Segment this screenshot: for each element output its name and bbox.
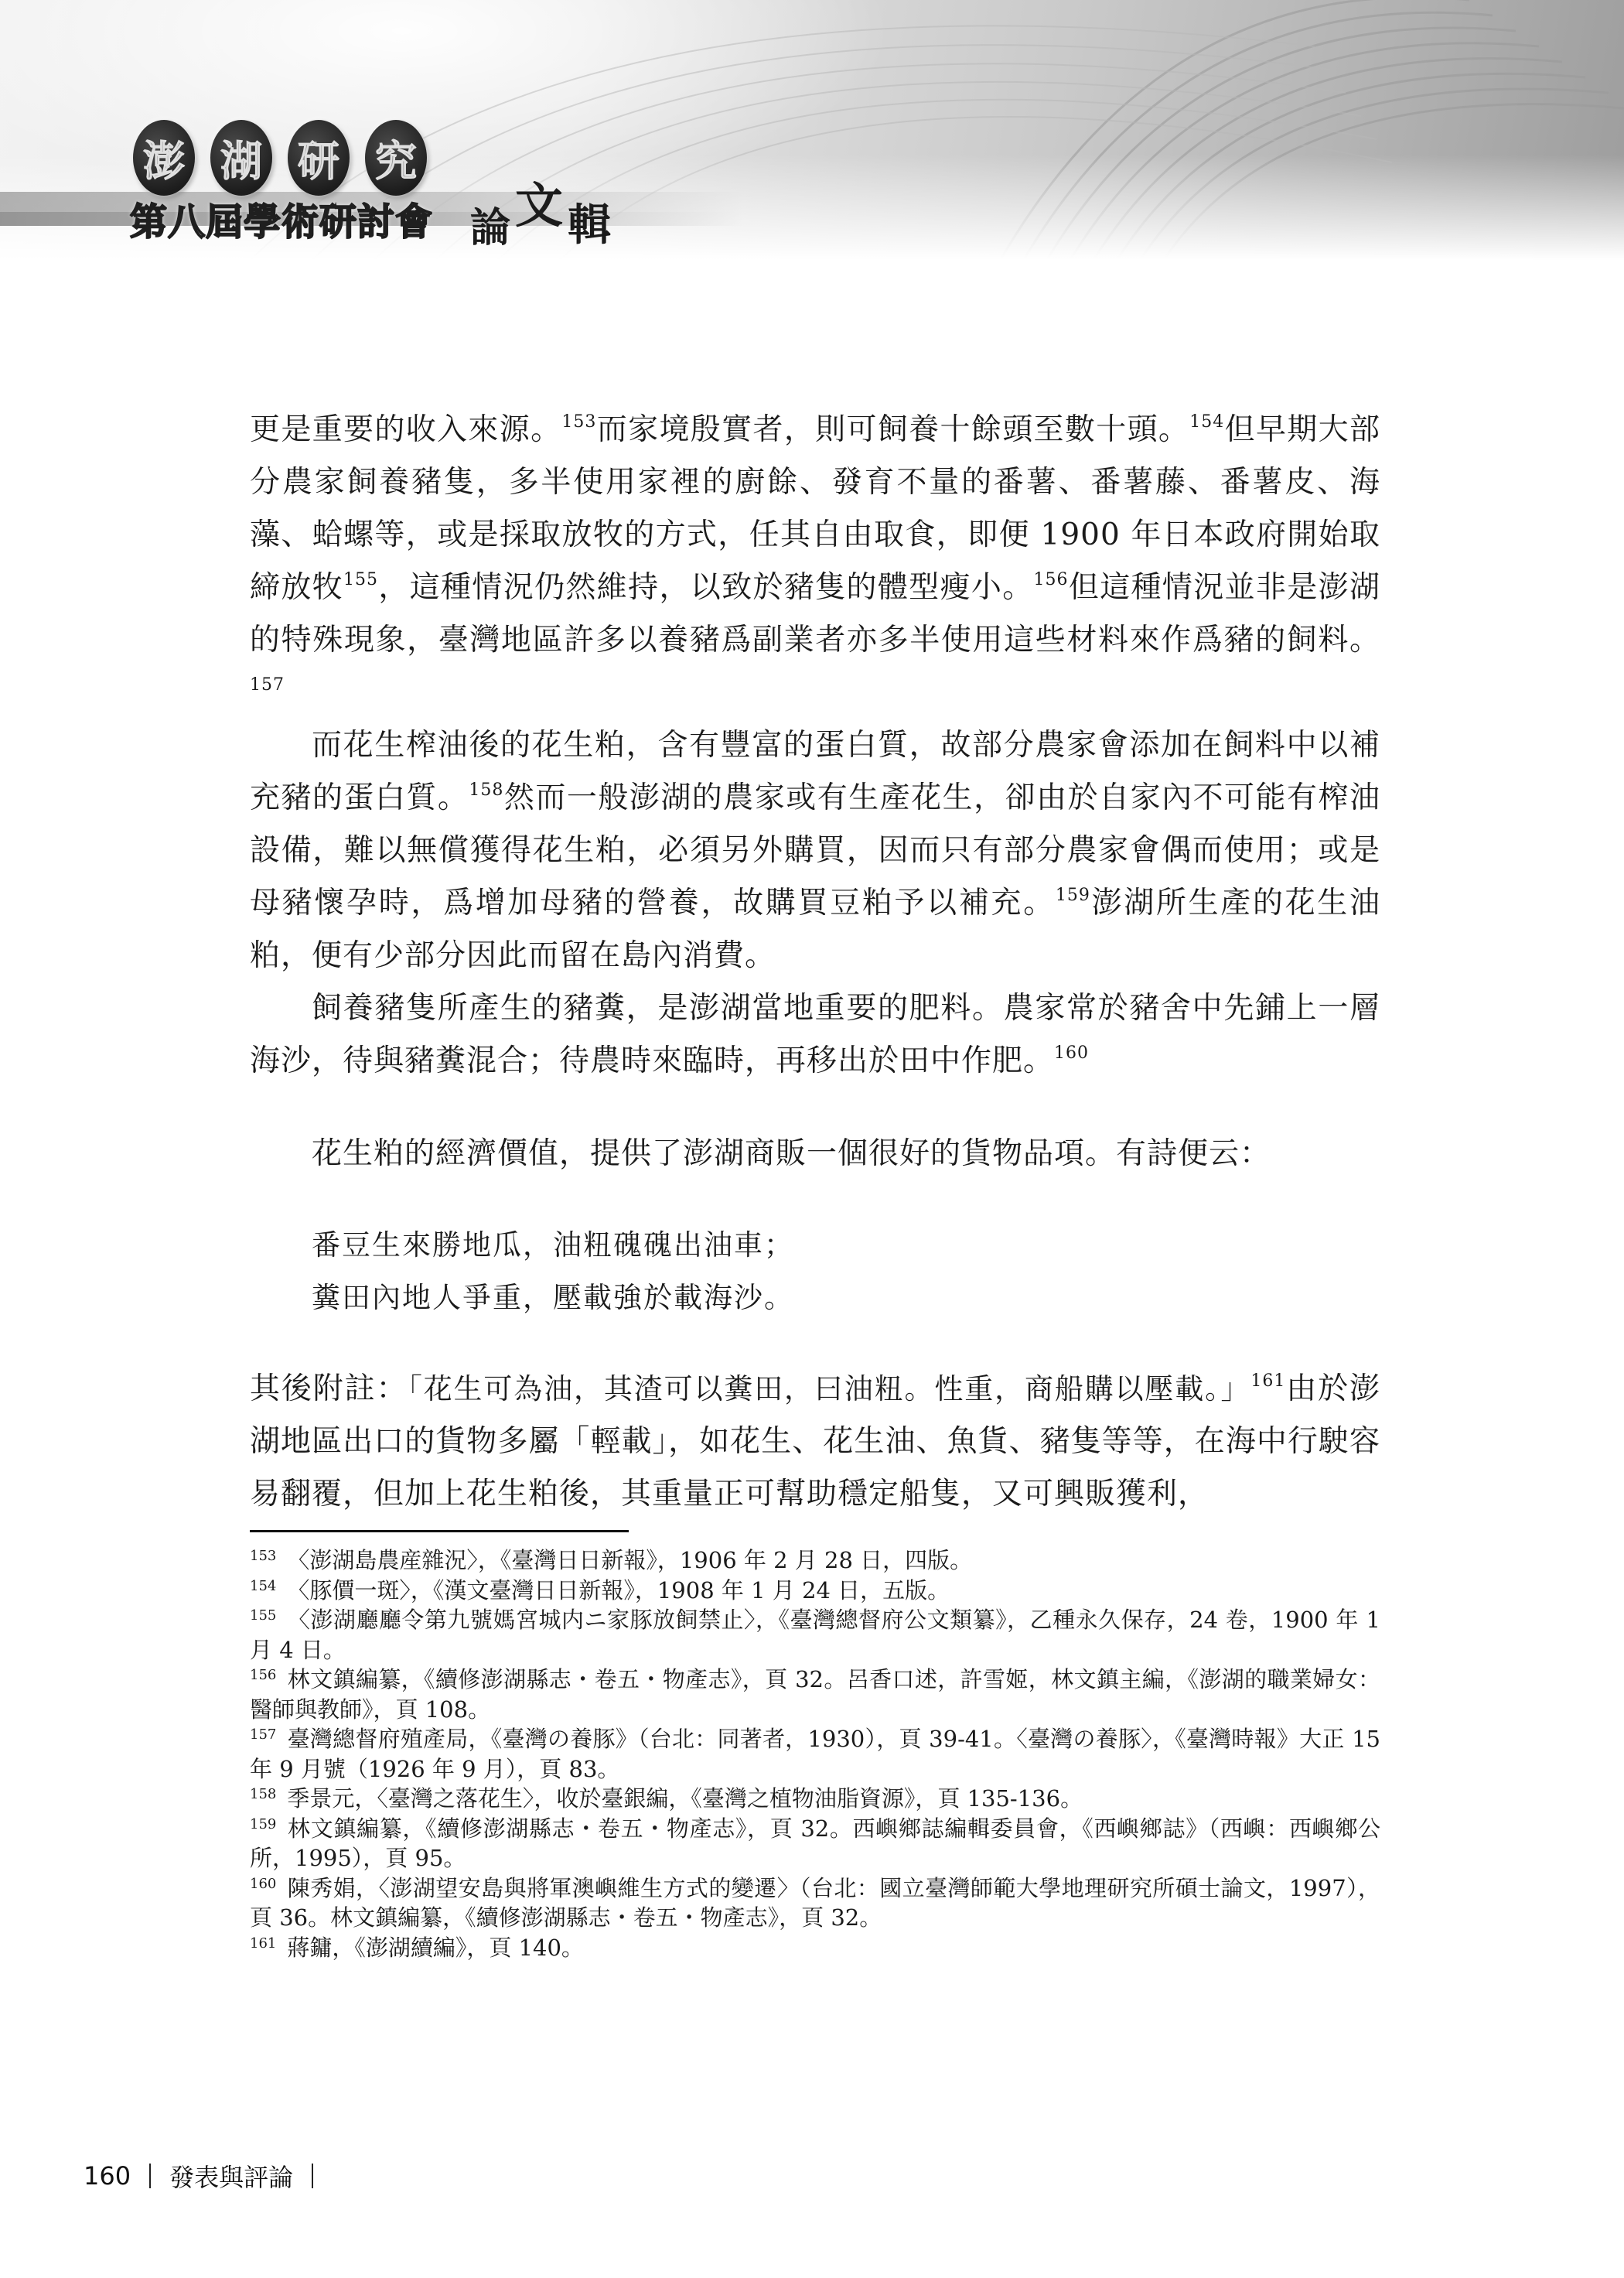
paragraph: 花生粕的經濟價值，提供了澎湖商販一個很好的貨物品項。有詩便云：: [250, 1128, 1380, 1180]
footnote-number: 159: [250, 1816, 276, 1832]
footnote-ref[interactable]: 161: [1250, 1371, 1285, 1391]
logo-char-circle: 究: [365, 120, 427, 196]
paragraph: 飼養豬隻所產生的豬糞，是澎湖當地重要的肥料。農家常於豬舍中先鋪上一層海沙，待與豬…: [250, 982, 1380, 1088]
footnote-ref[interactable]: 153: [561, 412, 596, 432]
footnote-ref[interactable]: 160: [1054, 1043, 1089, 1063]
paragraph: 更是重要的收入來源。153而家境殷實者，則可飼養十餘頭至數十頭。154但早期大部…: [250, 404, 1380, 719]
footnote-number: 158: [250, 1786, 276, 1802]
footnote: 160陳秀娟，〈澎湖望安島與將軍澳嶼維生方式的變遷〉（台北：國立臺灣師範大學地理…: [250, 1873, 1380, 1933]
footer-divider: [149, 2164, 151, 2188]
page-footer: 160 發表與評論: [84, 2158, 332, 2194]
annotation-quote: 「花生可為油，其渣可以糞田，曰油粈。性重，商船購以壓載。」: [408, 1372, 1250, 1405]
logo-char-circle: 研: [288, 120, 350, 196]
poem-quote: 番豆生來勝地瓜，油粈磈磈出油車； 糞田內地人爭重，壓載強於載海沙。: [312, 1219, 1380, 1324]
footnote-divider: [250, 1530, 629, 1532]
proceedings-title-char: 輯: [568, 191, 611, 253]
poem-line: 番豆生來勝地瓜，油粈磈磈出油車；: [312, 1219, 1380, 1272]
page-number: 160: [84, 2161, 131, 2191]
footnote-ref[interactable]: 156: [1034, 570, 1069, 589]
footnote-number: 154: [250, 1578, 276, 1594]
paragraph: 其後附註：「花生可為油，其渣可以糞田，曰油粈。性重，商船購以壓載。」161由於澎…: [250, 1363, 1380, 1521]
footnote: 161蔣鏞，《澎湖續編》，頁 140。: [250, 1933, 1380, 1963]
proceedings-title-char: 文: [515, 167, 563, 236]
poem-line: 糞田內地人爭重，壓載強於載海沙。: [312, 1272, 1380, 1324]
footnote: 155〈澎湖廳廳令第九號媽宮城内ニ家豚放飼禁止〉，《臺灣總督府公文類纂》，乙種永…: [250, 1605, 1380, 1665]
footnote-number: 160: [250, 1876, 276, 1892]
footnote: 159林文鎮編纂，《續修澎湖縣志・卷五・物產志》，頁 32。西嶼鄉誌編輯委員會，…: [250, 1814, 1380, 1873]
footnote: 154〈豚價一斑〉，《漢文臺灣日日新報》，1908 年 1 月 24 日，五版。: [250, 1576, 1380, 1606]
journal-logo: 澎 湖 研 究: [133, 120, 427, 196]
logo-char-circle: 澎: [133, 120, 195, 196]
footnote: 156林文鎮編纂，《續修澎湖縣志・卷五・物產志》，頁 32。呂香口述，許雪姬，林…: [250, 1665, 1380, 1724]
logo-char-circle: 湖: [210, 120, 272, 196]
header-banner: 澎 湖 研 究 第八屆學術研討會 論 文 輯: [0, 0, 1624, 278]
spacer: [250, 1088, 1380, 1128]
footnote-ref[interactable]: 154: [1189, 412, 1224, 432]
footnote-number: 157: [250, 1726, 276, 1743]
footnotes: 153〈澎湖島農産雜況〉，《臺灣日日新報》，1906 年 2 月 28 日，四版…: [250, 1545, 1380, 1962]
proceedings-title-char: 論: [470, 195, 510, 253]
footnote-number: 156: [250, 1667, 276, 1683]
footer-divider: [312, 2164, 313, 2188]
section-label: 發表與評論: [169, 2158, 293, 2194]
spacer: [250, 1324, 1380, 1363]
footnote: 158季景元，〈臺灣之落花生〉，收於臺銀編，《臺灣之植物油脂資源》，頁 135-…: [250, 1784, 1380, 1814]
footnote-number: 161: [250, 1935, 276, 1952]
paragraph: 而花生榨油後的花生粕，含有豐富的蛋白質，故部分農家會添加在飼料中以補充豬的蛋白質…: [250, 719, 1380, 982]
footnote-ref[interactable]: 158: [469, 780, 503, 800]
footnote: 153〈澎湖島農産雜況〉，《臺灣日日新報》，1906 年 2 月 28 日，四版…: [250, 1545, 1380, 1576]
footnote-ref[interactable]: 157: [250, 675, 285, 695]
spacer: [250, 1180, 1380, 1219]
footnote-ref[interactable]: 155: [343, 570, 378, 589]
footnote-number: 155: [250, 1607, 276, 1624]
footnote: 157臺灣總督府殖產局，《臺灣の養豚》（台北：同著者，1930），頁 39-41…: [250, 1724, 1380, 1784]
footnote-number: 153: [250, 1548, 276, 1564]
footnote-ref[interactable]: 159: [1056, 886, 1090, 905]
body-text: 更是重要的收入來源。153而家境殷實者，則可飼養十餘頭至數十頭。154但早期大部…: [250, 404, 1380, 1521]
conference-subtitle: 第八屆學術研討會: [130, 192, 433, 245]
proceedings-title: 論 文 輯: [470, 184, 611, 253]
